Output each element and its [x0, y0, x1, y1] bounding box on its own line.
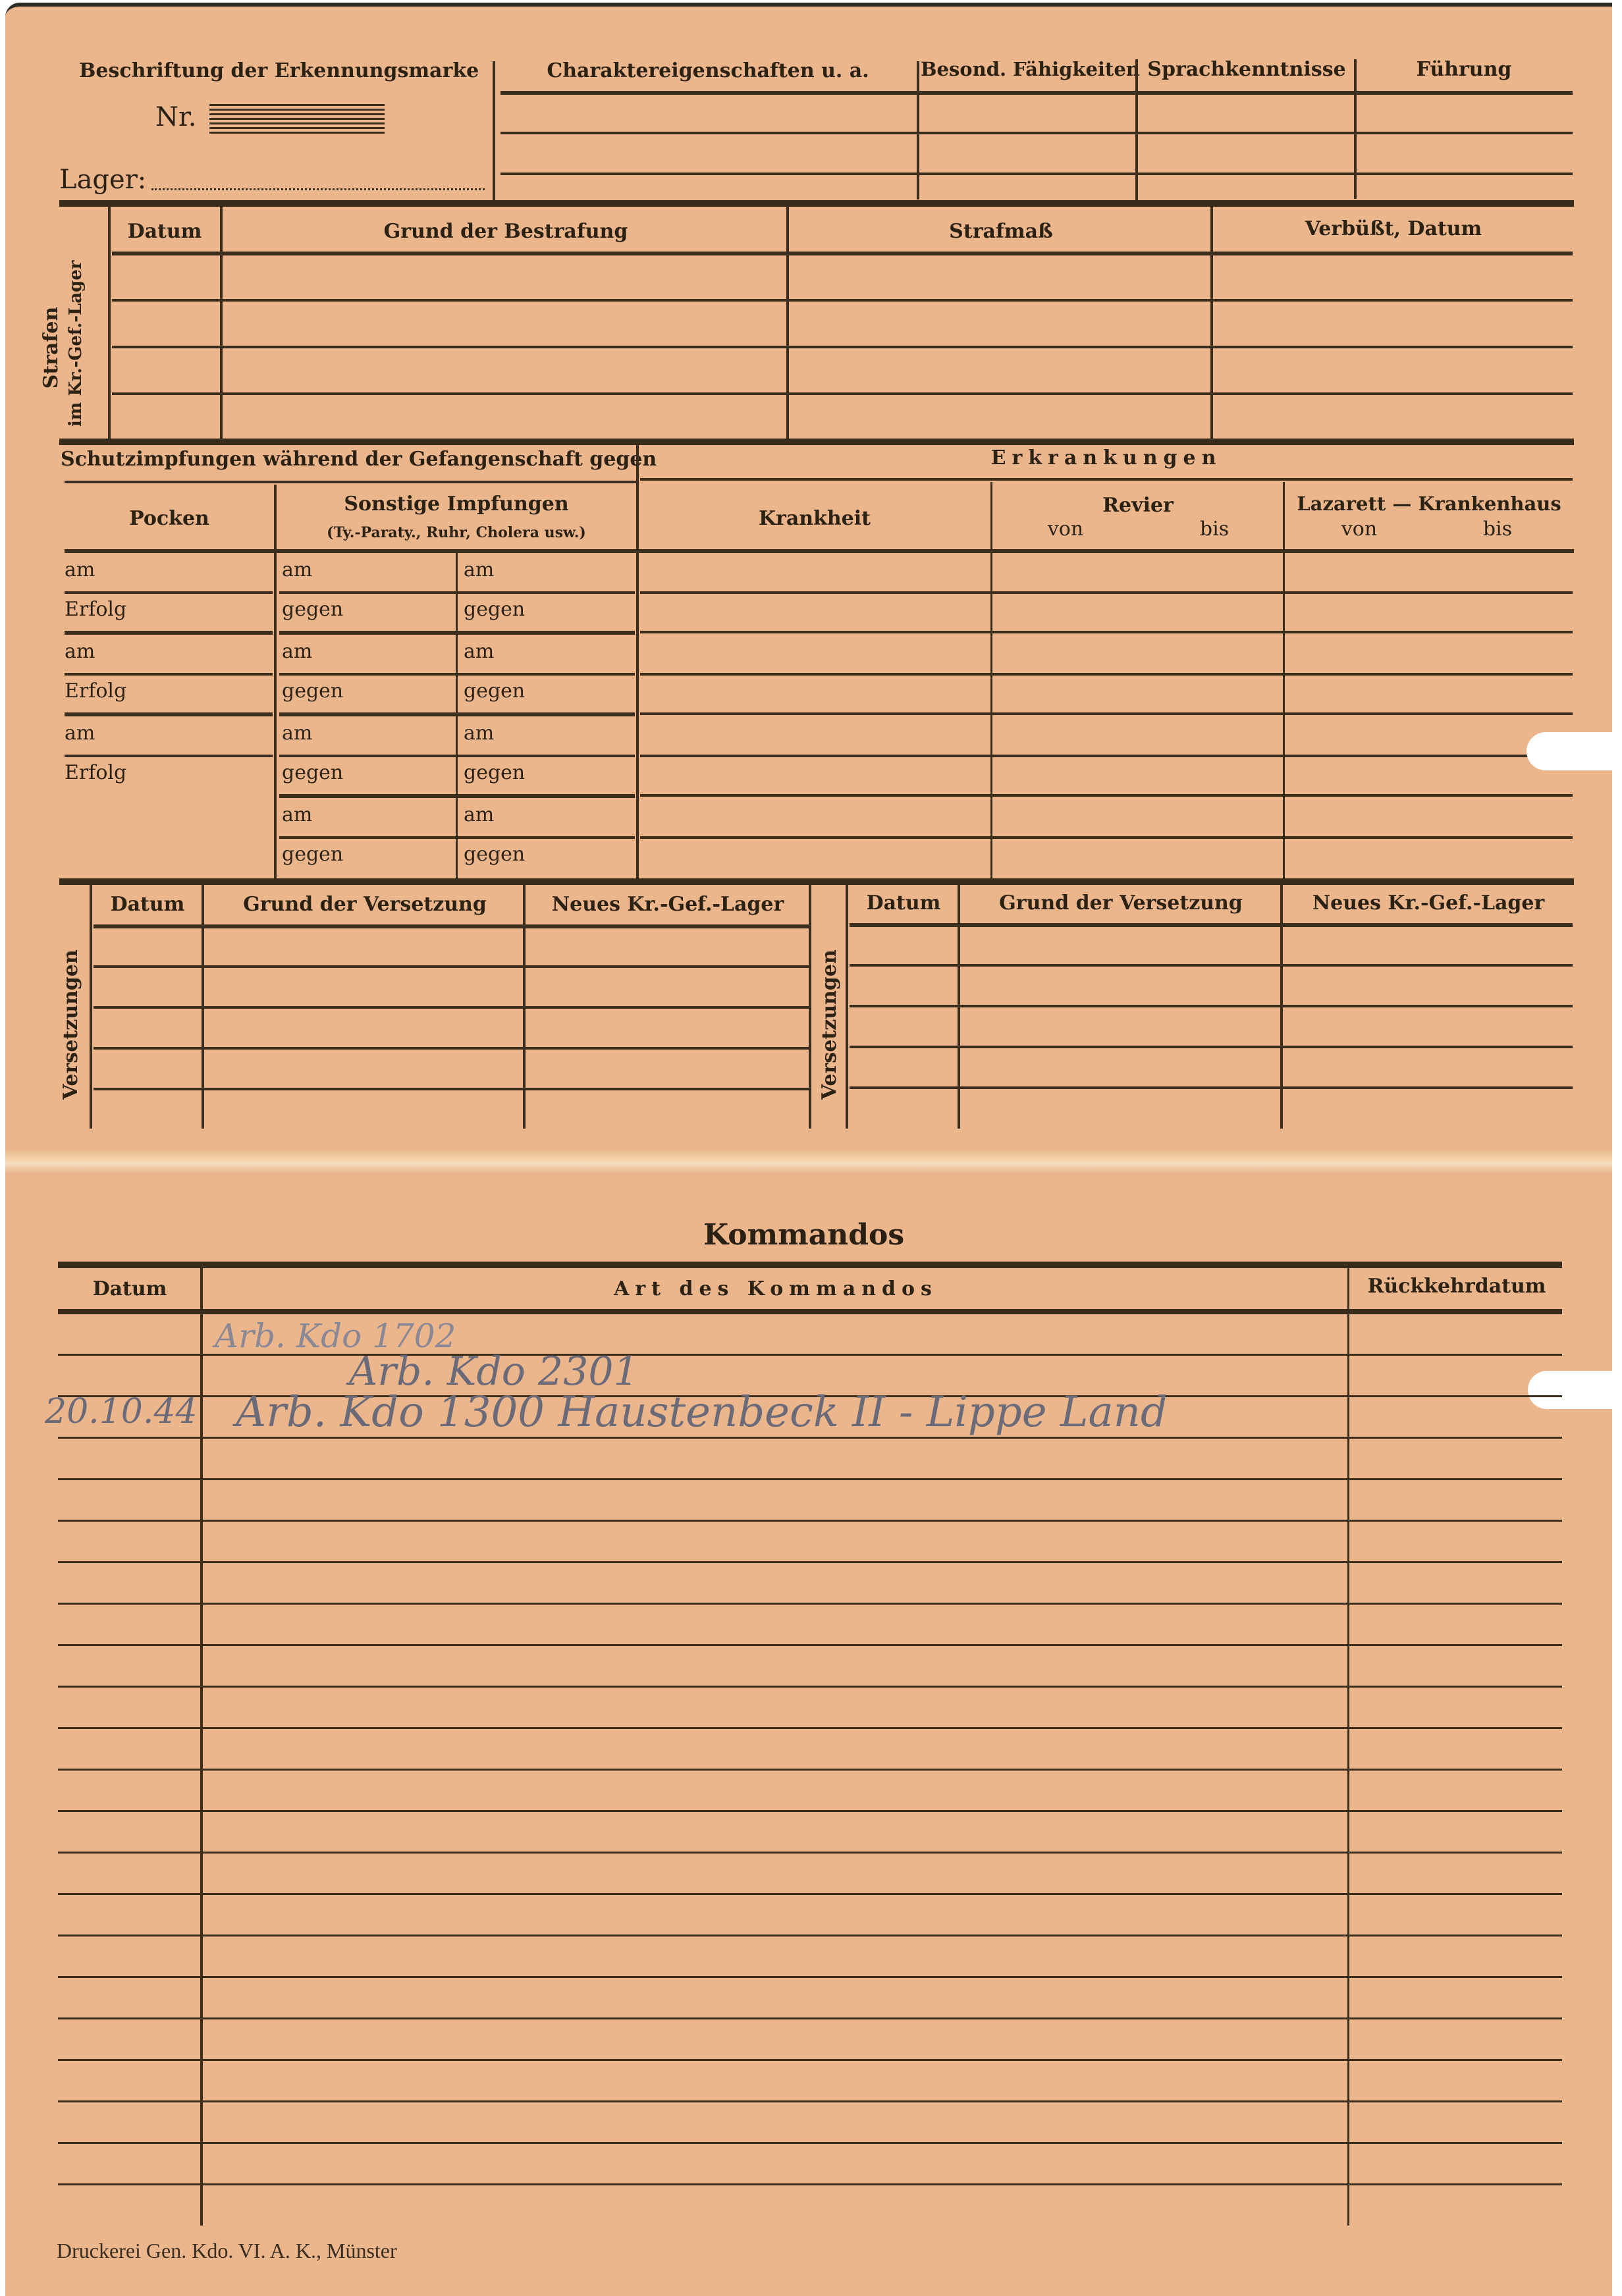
vers-right-col-datum: Datum [850, 892, 958, 915]
kommandos-lines [58, 1314, 1562, 2223]
sonstige-a-row-3[interactable]: gegen [282, 680, 343, 703]
sonstige-a-row-7[interactable]: gegen [282, 843, 343, 866]
fold-crease [5, 1148, 1612, 1175]
revier-header: Revier [993, 494, 1283, 517]
top-field-sprachen[interactable] [1139, 95, 1353, 200]
printer-imprint: Druckerei Gen. Kdo. VI. A. K., Münster [57, 2239, 397, 2263]
strafen-col-verbuesst: Verbüßt, Datum [1214, 217, 1573, 240]
vers-left-rows[interactable] [94, 928, 809, 1129]
top-field-faehigkeiten[interactable] [921, 95, 1134, 200]
pocken-row-5[interactable]: Erfolg [65, 761, 126, 784]
kommandos-entry-2-art[interactable]: Arb. Kdo 1300 Haustenbeck II - Lippe Lan… [236, 1388, 1168, 1437]
sonstige-a-row-4[interactable]: am [282, 722, 312, 745]
revier-von: von [1046, 518, 1085, 541]
pocken-row-4[interactable]: am [65, 722, 95, 745]
pocken-row-0[interactable]: am [65, 558, 95, 581]
vers-left-col-grund: Grund der Versetzung [205, 893, 524, 916]
revier-bis: bis [1195, 518, 1234, 541]
kommandos-title: Kommandos [703, 1218, 904, 1252]
sonstige-b-row-4[interactable]: am [464, 722, 494, 745]
strafen-col-strafmass: Strafmaß [790, 220, 1212, 243]
lazarett-header: Lazarett — Krankenhaus [1285, 493, 1573, 515]
nr-label: Nr. [155, 102, 196, 132]
nr-field[interactable] [209, 104, 385, 133]
pocken-row-1[interactable]: Erfolg [65, 598, 126, 621]
top-field-fuehrung[interactable] [1357, 95, 1573, 200]
strafen-rows[interactable] [112, 255, 1573, 439]
versetzungen-right-label: Versetzungen [818, 955, 844, 1100]
top-field-charakter[interactable] [500, 95, 915, 200]
krankheit-header: Krankheit [640, 507, 989, 530]
kommandos-entry-2-datum[interactable]: 20.10.44 [45, 1392, 198, 1431]
vers-right-col-grund: Grund der Versetzung [961, 892, 1280, 915]
sonstige-subheader: (Ty.-Paraty., Ruhr, Cholera usw.) [277, 524, 636, 541]
lazarett-von: von [1339, 518, 1379, 541]
sonstige-b-row-3[interactable]: gegen [464, 680, 525, 703]
strafen-col-datum: Datum [111, 220, 219, 243]
lazarett-bis: bis [1478, 518, 1517, 541]
sonstige-b-row-6[interactable]: am [464, 803, 494, 826]
lager-field[interactable] [151, 188, 485, 190]
pocken-row-3[interactable]: Erfolg [65, 680, 126, 703]
erkrankungen-rows[interactable] [640, 553, 1573, 882]
impfungen-heading: Schutzimpfungen während der Gefangenscha… [61, 448, 657, 471]
erkrankungen-heading: Erkrankungen [640, 446, 1573, 469]
header-sprachen: Sprachkenntnisse [1139, 58, 1354, 81]
sonstige-b-row-1[interactable]: gegen [464, 598, 525, 621]
sonstige-b-row-2[interactable]: am [464, 640, 494, 663]
kommandos-col-rueckkehr: Rückkehrdatum [1351, 1275, 1562, 1298]
sonstige-header: Sonstige Impfungen [277, 493, 636, 516]
kommandos-col-datum: Datum [61, 1277, 199, 1300]
header-fuehrung: Führung [1357, 58, 1571, 81]
vers-right-col-lager: Neues Kr.-Gef.-Lager [1284, 892, 1573, 915]
strafen-label-line1: Strafen [40, 307, 63, 389]
vers-left-col-datum: Datum [94, 893, 202, 916]
pocken-row-2[interactable]: am [65, 640, 95, 663]
sonstige-b-row-5[interactable]: gegen [464, 761, 525, 784]
punch-hole-top [1527, 732, 1619, 770]
header-faehigkeiten: Besond. Fähigkeiten [921, 58, 1137, 80]
sonstige-a-row-0[interactable]: am [282, 558, 312, 581]
sonstige-b-row-7[interactable]: gegen [464, 843, 525, 866]
sonstige-a-row-6[interactable]: am [282, 803, 312, 826]
sonstige-a-row-5[interactable]: gegen [282, 761, 343, 784]
pow-record-card: Beschriftung der Erkennungsmarke Nr. Lag… [5, 3, 1612, 2296]
vers-left-col-lager: Neues Kr.-Gef.-Lager [527, 893, 809, 916]
vers-right-rows[interactable] [850, 927, 1573, 1129]
kommandos-col-art: Art des Kommandos [203, 1277, 1349, 1300]
sonstige-b-row-0[interactable]: am [464, 558, 494, 581]
pocken-header: Pocken [65, 507, 274, 530]
header-charakter: Charaktereigenschaften u. a. [500, 59, 915, 82]
sonstige-a-row-2[interactable]: am [282, 640, 312, 663]
strafen-label-line2: im Kr.-Gef.-Lager [66, 260, 86, 427]
sonstige-a-row-1[interactable]: gegen [282, 598, 343, 621]
id-heading: Beschriftung der Erkennungsmarke [79, 59, 479, 82]
versetzungen-left-label: Versetzungen [59, 955, 86, 1100]
strafen-side-label: Strafen im Kr.-Gef.-Lager [40, 269, 92, 427]
strafen-col-grund: Grund der Bestrafung [224, 220, 788, 243]
lager-label: Lager: [59, 165, 146, 195]
